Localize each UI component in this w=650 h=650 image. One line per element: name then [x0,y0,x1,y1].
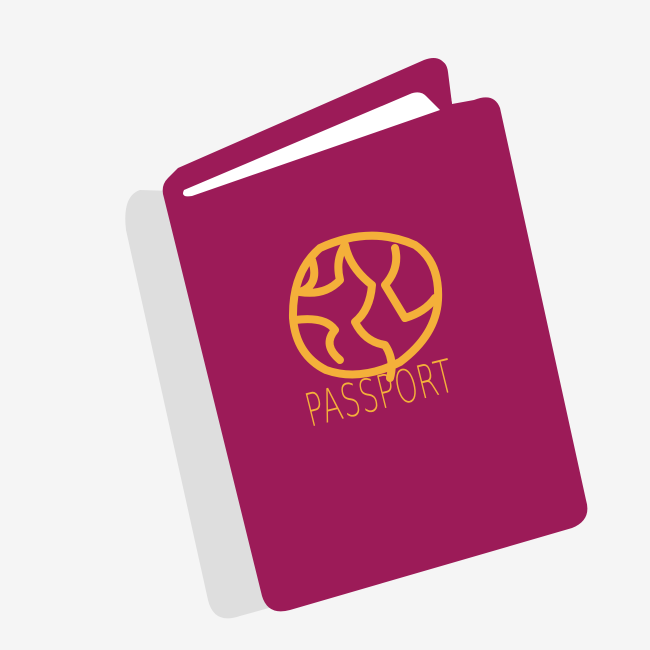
passport-illustration [0,0,650,650]
